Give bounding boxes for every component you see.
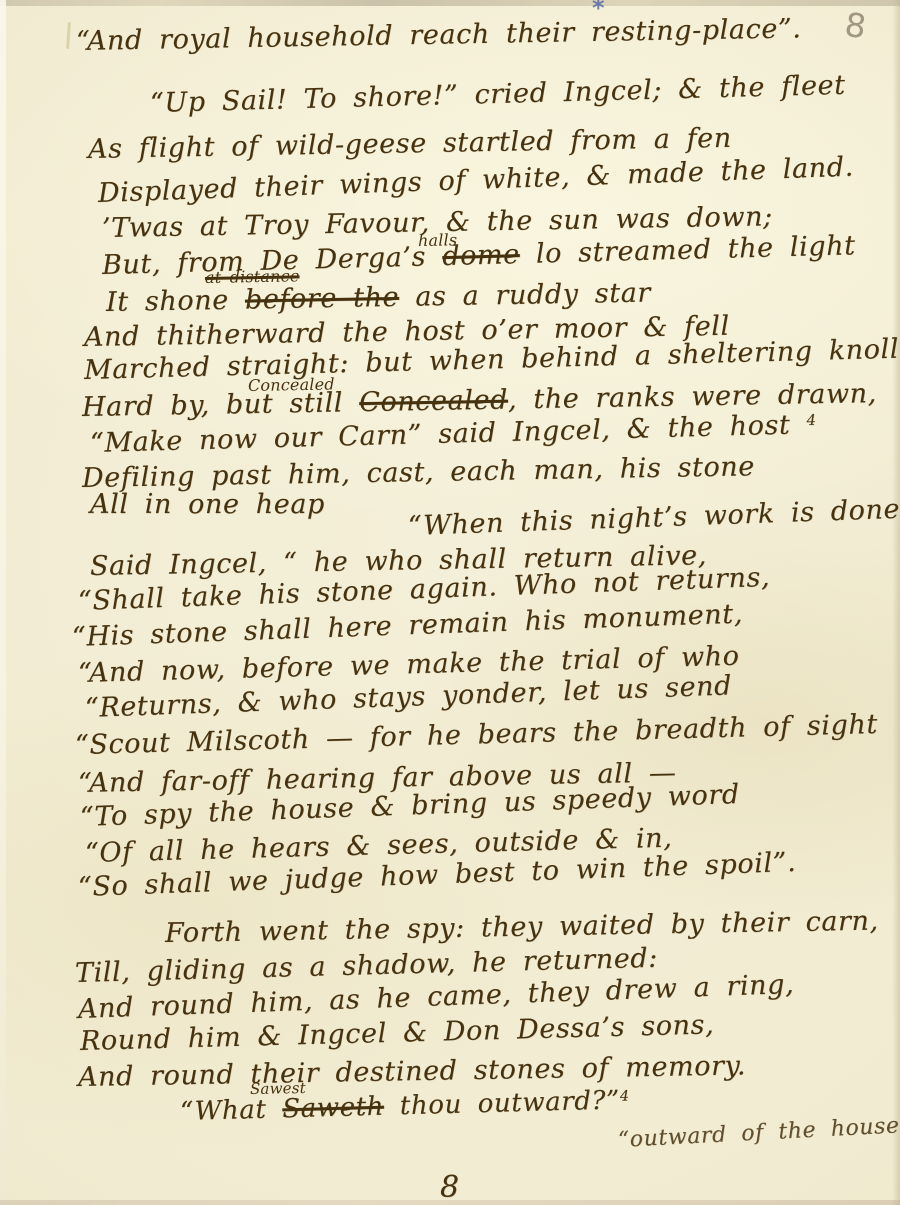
manuscript-line: “When this night’s work is done,” [407,493,900,542]
page-number-pencil: 8 [842,5,868,47]
bottom-page-mark: 8 [440,1170,460,1205]
manuscript-line: halls [418,230,458,250]
manuscript-line: It shone before the as a ruddy star [106,277,651,318]
scan-edge-right [892,0,900,1205]
manuscript-line: And round their destined stones of memor… [78,1050,747,1093]
catchword: “outward of the house [617,1113,900,1153]
manuscript-line: Forth went the spy: they waited by their… [165,906,879,949]
manuscript-line: Sawest [250,1079,306,1098]
manuscript-line: All in one heap [90,489,325,520]
manuscript-line: “And royal household reach their resting… [76,13,802,57]
manuscript-line: Defiling past him, cast, each man, his s… [82,451,755,494]
paper-crease-mark [66,22,71,49]
manuscript-page: * 8 “And royal household reach their res… [0,0,900,1205]
scan-edge-top [0,0,900,6]
manuscript-line: “Up Sail! To shore!” cried Ingcel; & the… [150,70,846,119]
manuscript-line: “What Saweth thou outward?”4 [180,1085,630,1127]
scan-edge-left [0,0,6,1205]
manuscript-line: Concealed [248,374,335,395]
manuscript-line: at distance [205,266,300,287]
